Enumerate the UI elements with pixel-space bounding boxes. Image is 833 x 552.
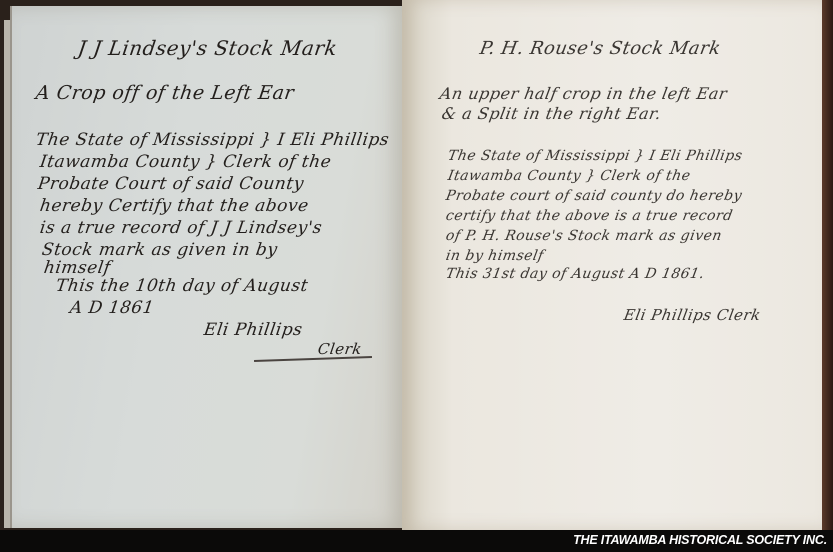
left-page-title: J J Lindsey's Stock Mark: [76, 36, 339, 60]
left-line-8: This the 10th day of August: [55, 276, 310, 296]
watermark-text: THE ITAWAMBA HISTORICAL SOCIETY INC.: [573, 533, 827, 547]
left-signature: Eli Phillips: [203, 320, 304, 340]
book-cover-edge: [822, 0, 833, 530]
left-line-5: is a true record of J J Lindsey's: [39, 218, 324, 238]
left-line-1: The State of Mississippi } I Eli Phillip…: [35, 130, 391, 150]
right-line-3: Probate court of said county do hereby: [445, 188, 744, 204]
right-line-4: certify that the above is a true record: [445, 208, 734, 224]
left-signature-title: Clerk: [317, 340, 363, 358]
right-line-6: in by himself: [445, 248, 545, 264]
right-line-7: This 31st day of August A D 1861.: [445, 266, 706, 282]
right-line-5: of P. H. Rouse's Stock mark as given: [445, 228, 724, 244]
left-line-3: Probate Court of said County: [37, 174, 306, 194]
right-line-1: The State of Mississippi } I Eli Phillip…: [447, 148, 744, 164]
left-mark-description: A Crop off of the Left Ear: [34, 82, 295, 104]
right-mark-line-1: An upper half crop in the left Ear: [438, 84, 729, 103]
left-line-2: Itawamba County } Clerk of the: [39, 152, 333, 172]
left-line-7: himself: [43, 258, 112, 278]
right-line-2: Itawamba County } Clerk of the: [447, 168, 692, 184]
right-page: [402, 0, 822, 530]
open-ledger-book: J J Lindsey's Stock Mark A Crop off of t…: [0, 0, 833, 530]
right-mark-line-2: & a Split in the right Ear.: [440, 104, 663, 123]
left-line-6: Stock mark as given in by: [41, 240, 279, 260]
left-line-9: A D 1861: [69, 298, 156, 318]
right-signature: Eli Phillips Clerk: [622, 306, 762, 324]
left-line-4: hereby Certify that the above: [39, 196, 310, 216]
right-page-title: P. H. Rouse's Stock Mark: [478, 38, 722, 59]
